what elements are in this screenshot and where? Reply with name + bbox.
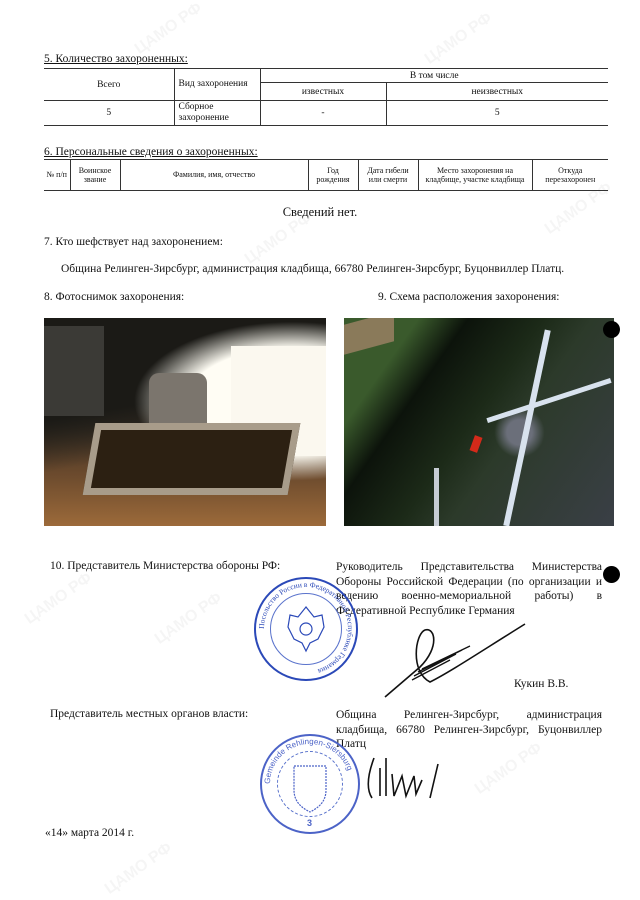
section8-title: 8. Фотоснимок захоронения:	[44, 291, 184, 303]
stamp-text: Gemeinde Rehlingen-Siersburg	[263, 737, 354, 784]
column-header: Год рождения	[308, 160, 358, 191]
watermark: ЦАМО РФ	[422, 9, 496, 68]
header-type: Вид захоронения	[174, 69, 260, 101]
watermark: ЦАМО РФ	[132, 0, 206, 59]
no-data-text: Сведений нет.	[0, 205, 640, 220]
cell-type: Сборное захоронение	[174, 101, 260, 126]
watermark: ЦАМО РФ	[102, 839, 176, 898]
svg-text:Gemeinde Rehlingen-Siersburg: Gemeinde Rehlingen-Siersburg	[263, 737, 354, 784]
watermark: ЦАМО РФ	[22, 569, 96, 628]
punch-hole-icon	[603, 566, 620, 583]
personal-data-table: № п/п Воинское звание Фамилия, имя, отче…	[44, 159, 608, 191]
cell-unknown: 5	[386, 101, 608, 126]
map-marker-icon	[470, 435, 483, 453]
header-including: В том числе	[260, 69, 608, 83]
column-header: Фамилия, имя, отчество	[120, 160, 308, 191]
embassy-stamp: Посольство России в Федеративной Республ…	[254, 577, 358, 681]
burial-count-table: Всего Вид захоронения В том числе извест…	[44, 68, 608, 126]
punch-hole-icon	[603, 321, 620, 338]
local-authority-value: Община Релинген-Зирсбург, администрация …	[336, 708, 602, 752]
stamp-text: Посольство России в Федеративной Республ…	[257, 580, 355, 676]
header-total: Всего	[44, 69, 174, 101]
guardian-value: Община Релинген-Зирсбург, администрация …	[61, 263, 564, 275]
cell-total: 5	[44, 101, 174, 126]
column-header: Дата гибели или смерти	[358, 160, 418, 191]
representative-name: Кукин В.В.	[514, 678, 568, 690]
representative-position: Руководитель Представительства Министерс…	[336, 560, 602, 618]
column-header: Откуда перезахоронен	[532, 160, 608, 191]
column-header: № п/п	[44, 160, 70, 191]
svg-text:Посольство России в Федеративн: Посольство России в Федеративной Республ…	[257, 580, 355, 676]
section9-title: 9. Схема расположения захоронения:	[378, 291, 559, 303]
stamp-number: 3	[307, 818, 312, 828]
municipality-stamp: Gemeinde Rehlingen-Siersburg 3	[260, 734, 360, 834]
section6-title: 6. Персональные сведения о захороненных:	[44, 146, 258, 158]
location-map	[344, 318, 614, 526]
section5-title: 5. Количество захороненных:	[44, 53, 188, 65]
cell-known: -	[260, 101, 386, 126]
section10-title: 10. Представитель Министерства обороны Р…	[50, 560, 280, 572]
header-known: известных	[260, 83, 386, 101]
burial-photo	[44, 318, 326, 526]
header-unknown: неизвестных	[386, 83, 608, 101]
signature-local	[362, 754, 452, 804]
watermark: ЦАМО РФ	[152, 589, 226, 648]
signature-kukin	[380, 612, 530, 702]
column-header: Воинское звание	[70, 160, 120, 191]
column-header: Место захоронения на кладбище, участке к…	[418, 160, 532, 191]
section7-title: 7. Кто шефствует над захоронением:	[44, 236, 223, 248]
local-authority-title: Представитель местных органов власти:	[50, 708, 248, 720]
document-date: «14» марта 2014 г.	[45, 827, 134, 839]
